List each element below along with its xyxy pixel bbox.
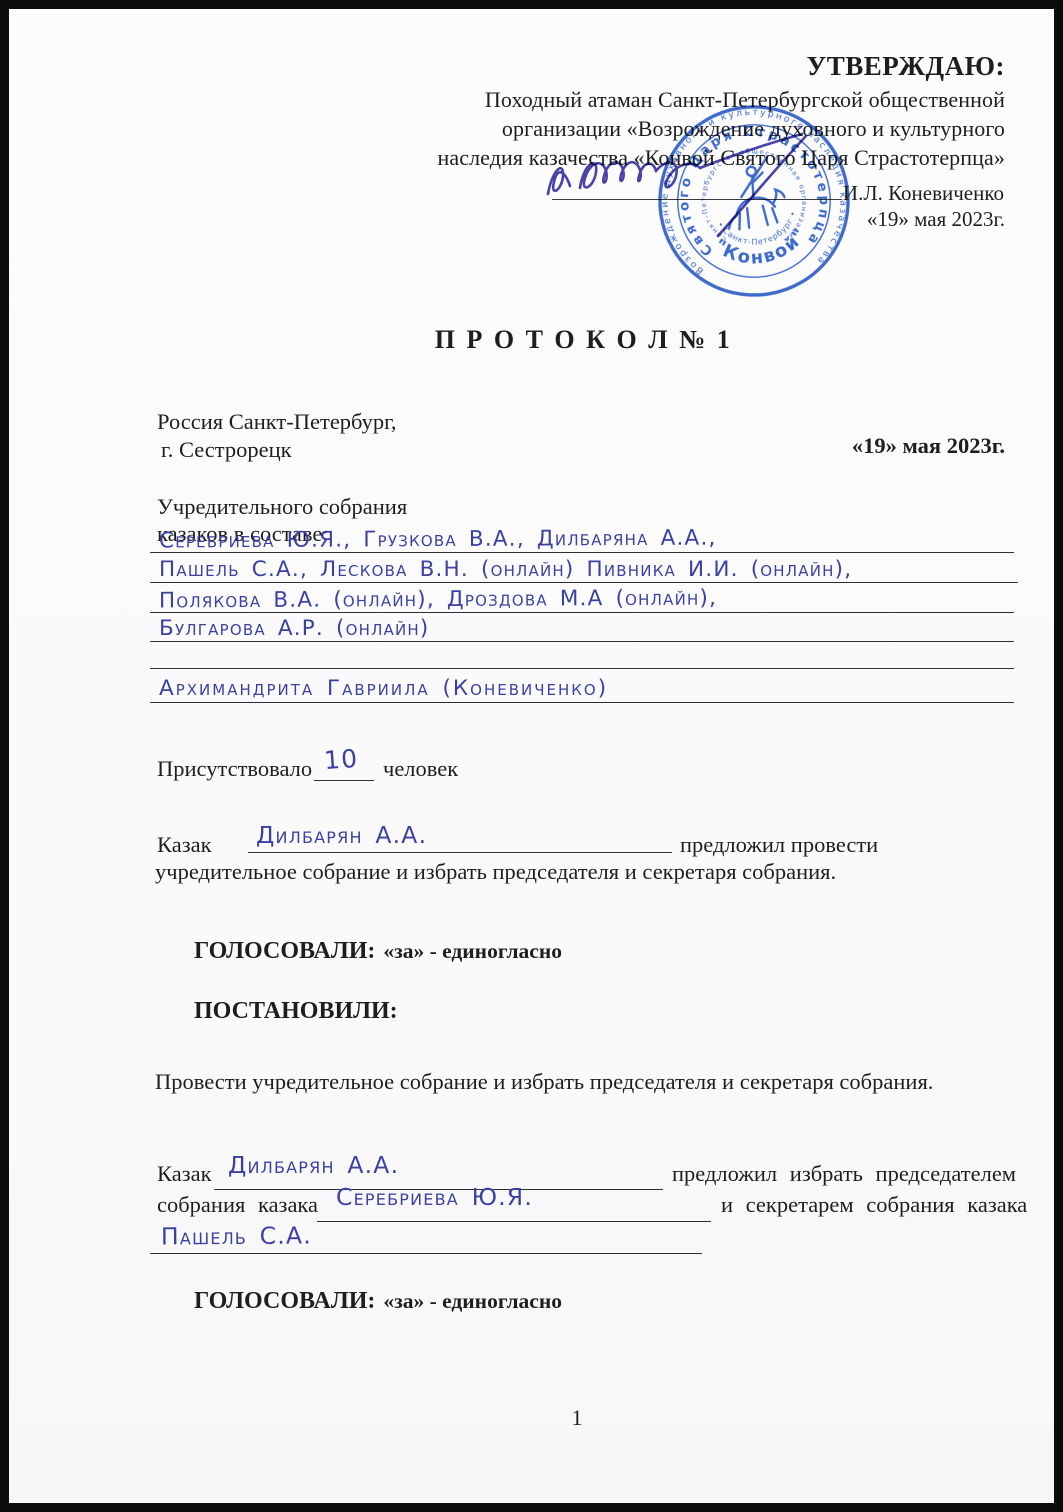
attendees-intro-1: Учредительного собрания <box>157 493 407 520</box>
vote2-value: «за» - единогласно <box>383 1289 562 1313</box>
scanned-document-page: УТВЕРЖДАЮ: Походный атаман Санкт-Петербу… <box>0 0 1063 1512</box>
present-label-before: Присутствовало <box>157 755 312 782</box>
attendee-handwritten-line: Полякова В.А. (онлайн), Дроздова М.А (он… <box>159 586 717 614</box>
vote1-value: «за» - единогласно <box>383 939 562 963</box>
proposal1-suffix: предложил провести <box>680 831 878 858</box>
approval-date: «19» мая 2023г. <box>867 207 1005 232</box>
attendee-underline <box>150 668 1014 669</box>
attendee-handwritten-line: Архимандрита Гавриила (Коневиченко) <box>159 676 608 701</box>
proposal2-secretary-underline <box>150 1253 702 1254</box>
approval-heading: УТВЕРЖДАЮ: <box>806 51 1005 82</box>
attendee-underline <box>150 582 1018 583</box>
proposal2-name-handwritten: Дилбарян А.А. <box>228 1151 399 1179</box>
proposal2-line2-suffix: и секретарем собрания казака <box>721 1191 1027 1218</box>
resolution-heading: ПОСТАНОВИЛИ: <box>194 998 398 1025</box>
resolution-text: Провести учредительное собрание и избрат… <box>155 1068 933 1095</box>
attendee-handwritten-line: Булгарова А.Р. (онлайн) <box>159 616 430 641</box>
proposal1-line2: учредительное собрание и избрать председ… <box>155 858 836 885</box>
dateline-place-1: Россия Санкт-Петербург, <box>157 408 396 435</box>
attendee-handwritten-line: Серебриева Ю.Я., Грузкова В.А., Дилбарян… <box>159 526 717 554</box>
vote2-line: ГОЛОСОВАЛИ:«за» - единогласно <box>194 1288 562 1315</box>
proposal2-chair-underline <box>317 1221 711 1222</box>
page-number: 1 <box>517 1405 637 1431</box>
proposal2-line2-prefix: собрания казака <box>157 1191 318 1218</box>
vote1-line: ГОЛОСОВАЛИ:«за» - единогласно <box>194 938 562 965</box>
vote1-label: ГОЛОСОВАЛИ: <box>194 938 375 964</box>
proposal1-prefix: Казак <box>157 831 212 858</box>
proposal2-secretary-handwritten: Пашель С.А. <box>161 1221 312 1250</box>
present-label-after: человек <box>383 755 458 782</box>
proposal1-name-underline <box>248 852 672 853</box>
approval-org-line: Походный атаман Санкт-Петербургской обще… <box>365 85 1005 114</box>
attendee-underline <box>150 641 1014 642</box>
vote2-label: ГОЛОСОВАЛИ: <box>194 1288 375 1314</box>
document-title: П Р О Т О К О Л № 1 <box>155 325 1012 355</box>
attendee-underline <box>150 702 1014 703</box>
present-count-handwritten: 10 <box>323 744 359 775</box>
proposal2-prefix: Казак <box>157 1160 212 1187</box>
proposal1-name-handwritten: Дилбарян А.А. <box>256 821 427 849</box>
dateline-place-2: г. Сестрорецк <box>161 436 292 463</box>
signature-scrawl <box>540 130 860 245</box>
proposal2-chair-handwritten: Серебриева Ю.Я. <box>336 1183 533 1211</box>
attendee-handwritten-line: Пашель С.А., Лескова В.Н. (онлайн) Пивни… <box>159 557 852 582</box>
proposal2-suffix: предложил избрать председателем <box>672 1160 1016 1187</box>
approval-signer-name: И.Л. Коневиченко <box>843 181 1004 206</box>
present-count-underline <box>314 780 374 781</box>
dateline-date: «19» мая 2023г. <box>852 432 1005 459</box>
